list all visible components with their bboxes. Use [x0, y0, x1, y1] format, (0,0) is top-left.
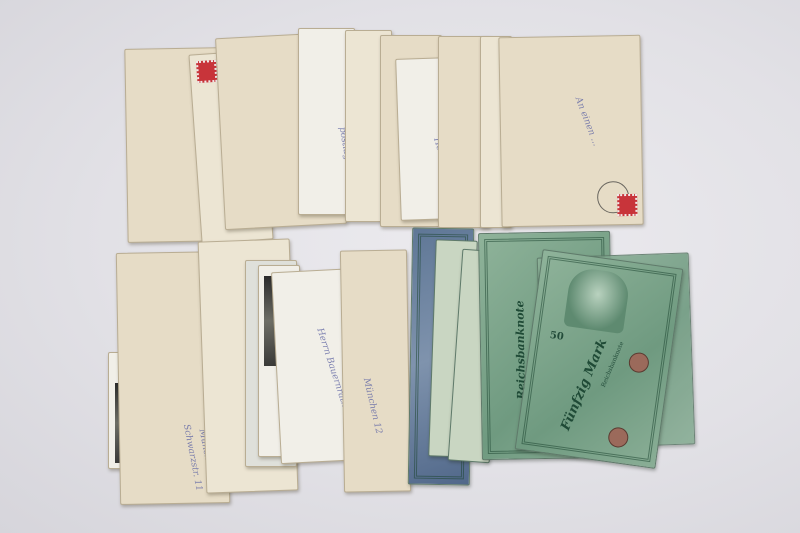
photo-scene: Hand-written letter lines ... postlagern… — [0, 0, 800, 533]
handwriting: An einen ... — [573, 96, 601, 148]
banknote-50-mark: 50 Fünfzig Mark Reichsbanknote — [515, 249, 684, 469]
postage-stamp — [617, 194, 637, 216]
postage-stamp — [196, 60, 217, 83]
handwriting: München 12 — [361, 377, 384, 435]
banknote-denomination: 50 — [549, 330, 564, 343]
envelope: An einen ... — [498, 35, 643, 227]
envelope: München 12 — [340, 249, 411, 492]
